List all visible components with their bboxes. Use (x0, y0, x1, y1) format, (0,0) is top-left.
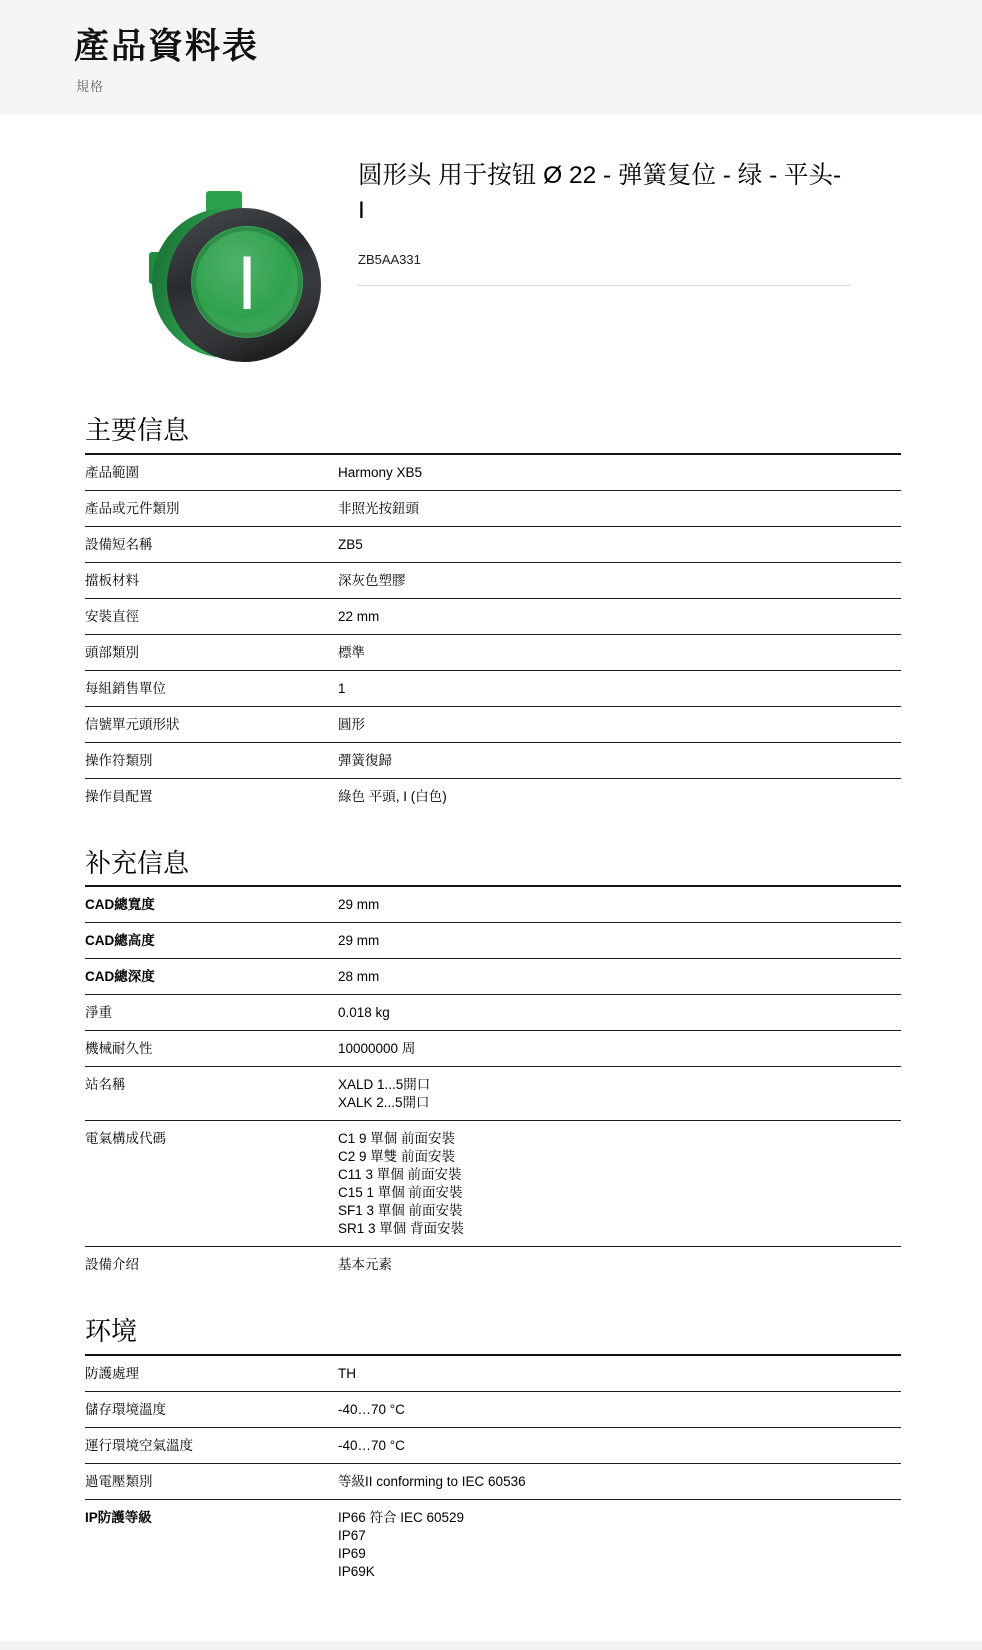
spec-table: 防護處理TH儲存環境溫度-40…70 °C運行環境空氣溫度-40…70 °C過電… (85, 1356, 901, 1589)
table-row: 頭部類別標準 (85, 635, 901, 671)
table-row: 過電壓類別等級II conforming to IEC 60536 (85, 1464, 901, 1500)
spec-section: 主要信息產品範圍Harmony XB5產品或元件類別非照光按鈕頭設備短名稱ZB5… (85, 415, 901, 814)
product-info: 圆形头 用于按钮 Ø 22 - 弹簧复位 - 绿 - 平头- I ZB5AA33… (358, 158, 850, 381)
row-label: CAD總寬度 (85, 896, 338, 914)
row-label: 防護處理 (85, 1365, 338, 1383)
product-image: I (148, 190, 330, 381)
table-row: 產品或元件類別非照光按鈕頭 (85, 491, 901, 527)
row-label: 機械耐久性 (85, 1040, 338, 1058)
table-row: 機械耐久性10000000 周 (85, 1031, 901, 1067)
spec-section: 环境防護處理TH儲存環境溫度-40…70 °C運行環境空氣溫度-40…70 °C… (85, 1316, 901, 1589)
row-value: 非照光按鈕頭 (338, 500, 419, 518)
table-row: 擋板材料深灰色塑膠 (85, 563, 901, 599)
page-header: 產品資料表 規格 (0, 0, 982, 114)
row-value: Harmony XB5 (338, 464, 422, 482)
spec-table: 產品範圍Harmony XB5產品或元件類別非照光按鈕頭設備短名稱ZB5擋板材料… (85, 455, 901, 814)
table-row: 設備短名稱ZB5 (85, 527, 901, 563)
row-value: IP66 符合 IEC 60529 IP67 IP69 IP69K (338, 1509, 464, 1581)
section-title: 环境 (85, 1316, 901, 1356)
row-label: 過電壓類別 (85, 1473, 338, 1491)
row-label: 信號單元頭形狀 (85, 716, 338, 734)
table-row: 儲存環境溫度-40…70 °C (85, 1392, 901, 1428)
product-overview: I 圆形头 用于按钮 Ø 22 - 弹簧复位 - 绿 - 平头- I ZB5AA… (148, 158, 982, 381)
row-value: 10000000 周 (338, 1040, 415, 1058)
row-value: 22 mm (338, 608, 379, 626)
spec-sections: 主要信息產品範圍Harmony XB5產品或元件類別非照光按鈕頭設備短名稱ZB5… (85, 415, 901, 1589)
row-value: TH (338, 1365, 356, 1383)
table-row: 設備介绍基本元素 (85, 1247, 901, 1282)
table-row: 操作員配置綠色 平頭, I (白色) (85, 779, 901, 814)
row-label: 產品範圍 (85, 464, 338, 482)
row-label: 設備短名稱 (85, 536, 338, 554)
table-row: 電氣構成代碼C1 9 單個 前面安裝 C2 9 單雙 前面安裝 C11 3 單個… (85, 1121, 901, 1247)
row-label: 安裝直徑 (85, 608, 338, 626)
product-reference: ZB5AA331 (358, 252, 850, 267)
spec-section: 补充信息CAD總寬度29 mmCAD總高度29 mmCAD總深度28 mm淨重0… (85, 848, 901, 1283)
row-value: -40…70 °C (338, 1437, 405, 1455)
pushbutton-illustration: I (148, 190, 330, 376)
table-row: 防護處理TH (85, 1356, 901, 1392)
row-value: 1 (338, 680, 346, 698)
row-label: 儲存環境溫度 (85, 1401, 338, 1419)
row-label: 每組銷售單位 (85, 680, 338, 698)
row-label: CAD總深度 (85, 968, 338, 986)
page-footer-band (0, 1641, 982, 1650)
row-label: 淨重 (85, 1004, 338, 1022)
row-label: 頭部類別 (85, 644, 338, 662)
page-title: 產品資料表 (0, 0, 982, 67)
product-title: 圆形头 用于按钮 Ø 22 - 弹簧复位 - 绿 - 平头- I (358, 158, 850, 228)
section-title: 补充信息 (85, 848, 901, 888)
table-row: IP防護等級IP66 符合 IEC 60529 IP67 IP69 IP69K (85, 1500, 901, 1589)
table-row: CAD總深度28 mm (85, 959, 901, 995)
table-row: 操作符類別彈簧復歸 (85, 743, 901, 779)
row-value: 等級II conforming to IEC 60536 (338, 1473, 526, 1491)
row-value: ZB5 (338, 536, 363, 554)
row-value: 圓形 (338, 716, 365, 734)
section-title: 主要信息 (85, 415, 901, 455)
datasheet-page: 產品資料表 規格 (0, 0, 982, 1650)
table-row: 安裝直徑22 mm (85, 599, 901, 635)
row-label: IP防護等級 (85, 1509, 338, 1581)
row-label: 擋板材料 (85, 572, 338, 590)
divider (358, 285, 850, 286)
row-label: 運行環境空氣溫度 (85, 1437, 338, 1455)
row-value: 基本元素 (338, 1256, 392, 1274)
spec-table: CAD總寬度29 mmCAD總高度29 mmCAD總深度28 mm淨重0.018… (85, 887, 901, 1282)
table-row: 站名稱XALD 1...5開口 XALK 2...5開口 (85, 1067, 901, 1121)
row-label: 站名稱 (85, 1076, 338, 1112)
row-value: 28 mm (338, 968, 379, 986)
row-value: 彈簧復歸 (338, 752, 392, 770)
page-subtitle: 規格 (0, 67, 982, 95)
row-value: 深灰色塑膠 (338, 572, 406, 590)
row-value: C1 9 單個 前面安裝 C2 9 單雙 前面安裝 C11 3 單個 前面安裝 … (338, 1130, 464, 1238)
table-row: CAD總寬度29 mm (85, 887, 901, 923)
button-marking: I (236, 241, 257, 326)
row-value: XALD 1...5開口 XALK 2...5開口 (338, 1076, 430, 1112)
row-value: 0.018 kg (338, 1004, 390, 1022)
table-row: 每組銷售單位1 (85, 671, 901, 707)
row-label: 操作員配置 (85, 788, 338, 806)
table-row: 運行環境空氣溫度-40…70 °C (85, 1428, 901, 1464)
table-row: 淨重0.018 kg (85, 995, 901, 1031)
row-label: 產品或元件類別 (85, 500, 338, 518)
row-label: 設備介绍 (85, 1256, 338, 1274)
row-value: 綠色 平頭, I (白色) (338, 788, 447, 806)
row-value: 29 mm (338, 932, 379, 950)
row-label: CAD總高度 (85, 932, 338, 950)
table-row: CAD總高度29 mm (85, 923, 901, 959)
row-label: 操作符類別 (85, 752, 338, 770)
table-row: 信號單元頭形狀圓形 (85, 707, 901, 743)
table-row: 產品範圍Harmony XB5 (85, 455, 901, 491)
button-face-group: I (191, 226, 303, 338)
row-value: 29 mm (338, 896, 379, 914)
row-value: 標準 (338, 644, 365, 662)
row-value: -40…70 °C (338, 1401, 405, 1419)
row-label: 電氣構成代碼 (85, 1130, 338, 1238)
